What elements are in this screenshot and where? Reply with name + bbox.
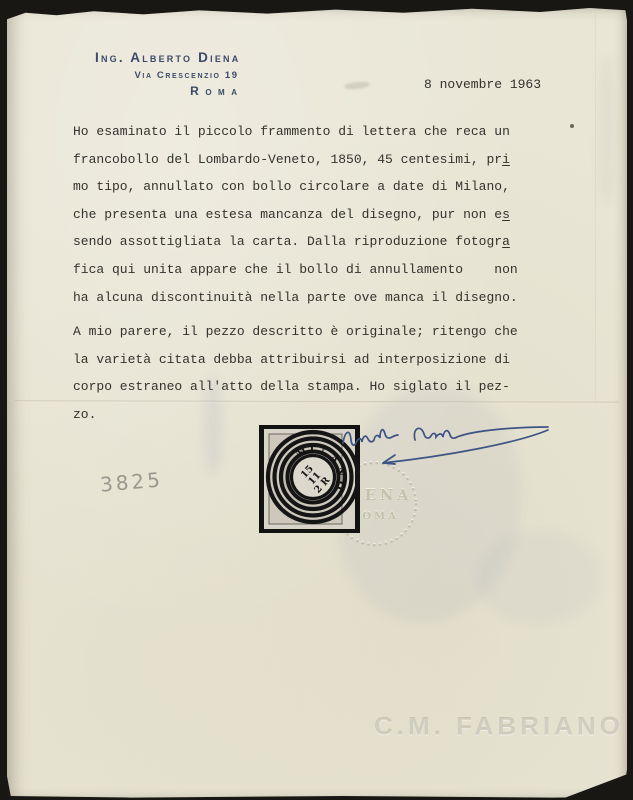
body-line: A mio parere, il pezzo descritto è origi…: [73, 318, 518, 346]
scan-corner-shadow: [559, 772, 633, 800]
pencil-number: 3825: [99, 467, 164, 496]
letterhead-name: Ing. Alberto Diena: [95, 50, 237, 65]
signature-strokes: [343, 427, 548, 464]
body-line: che presenta una estesa mancanza del dis…: [73, 201, 518, 229]
body-line: ha alcuna discontinuità nella parte ove …: [73, 284, 518, 312]
paper-speck: [570, 124, 574, 128]
body-line: fica qui unita appare che il bollo di an…: [73, 256, 518, 284]
body-paragraph-1: Ho esaminato il piccolo frammento di let…: [73, 118, 518, 311]
body-line: mo tipo, annullato con bollo circolare a…: [73, 173, 518, 201]
show-through-ghost: [477, 530, 602, 625]
body-line: corpo estraneo all'atto della stampa. Ho…: [73, 373, 518, 401]
body-line: francobollo del Lombardo-Veneto, 1850, 4…: [73, 146, 518, 174]
paper-watermark: C.M. FABRIANO: [374, 712, 624, 741]
vertical-fold-crease: [595, 14, 597, 402]
letterhead: Ing. Alberto Diena Via Crescenzio 19 Rom…: [95, 50, 237, 98]
body-line: sendo assottigliata la carta. Dalla ripr…: [73, 228, 518, 256]
letterhead-address: Via Crescenzio 19: [95, 70, 239, 81]
show-through-ghost: [599, 55, 615, 205]
cancel-letter: I: [309, 444, 314, 455]
signature: [327, 410, 567, 472]
pencil-smudge: [344, 81, 371, 91]
body-line: la varietà citata debba attribuirsi ad i…: [73, 346, 518, 374]
scanned-certificate: Ing. Alberto Diena Via Crescenzio 19 Rom…: [0, 0, 633, 800]
paper-sheet: Ing. Alberto Diena Via Crescenzio 19 Rom…: [7, 0, 627, 800]
scan-corner-shadow: [624, 0, 633, 62]
letterhead-city: Roma: [95, 84, 244, 98]
body-line: Ho esaminato il piccolo frammento di let…: [73, 118, 518, 146]
document-date: 8 novembre 1963: [424, 77, 541, 92]
